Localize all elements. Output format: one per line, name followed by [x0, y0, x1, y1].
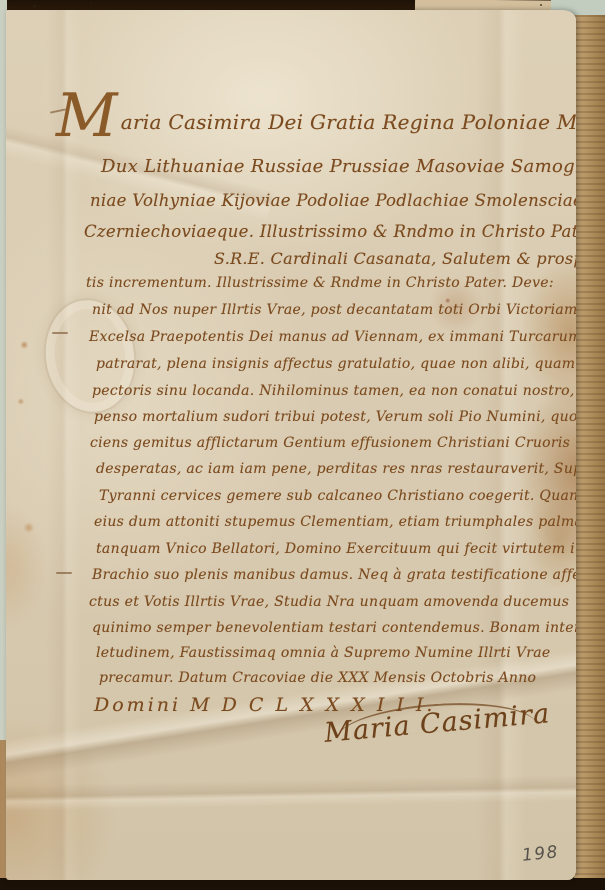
letter-line: Tyranni cervices gemere sub calcaneo Chr… — [99, 488, 576, 504]
letter-line: Czerniechoviaeque. Illustrissimo & Rndmo… — [84, 222, 576, 241]
margin-mark — [52, 332, 68, 334]
letter-line: patrarat, plena insignis affectus gratul… — [96, 356, 576, 372]
ornate-initial-M: M — [56, 94, 118, 138]
letter-line: precamur. Datum Cracoviae die XXX Mensis… — [99, 670, 536, 686]
letter-line: Excelsa Praepotentis Dei manus ad Vienna… — [89, 329, 576, 345]
letter-line: ciens gemitus afflictarum Gentium effusi… — [90, 435, 576, 451]
letter-line: tanquam Vnico Bellatori, Domino Exercitu… — [96, 541, 576, 557]
letter-line-text: aria Casimira Dei Gratia Regina Poloniae… — [121, 110, 576, 134]
manuscript-page: M aria Casimira Dei Gratia Regina Poloni… — [6, 10, 576, 880]
letter-line: niae Volhyniae Kijoviae Podoliae Podlach… — [90, 191, 576, 210]
letter-line: penso mortalium sudori tribui potest, Ve… — [94, 409, 576, 425]
dust-speck — [90, 2, 92, 4]
page-stack-edge-right — [574, 15, 605, 881]
fold-crease — [6, 767, 576, 817]
letter-line: ctus et Votis Illrtis Vrae, Studia Nra u… — [89, 594, 569, 610]
letter-line: quinimo semper benevolentiam testari con… — [92, 620, 576, 636]
letter-line: letudinem, Faustissimaq omnia à Supremo … — [96, 645, 550, 661]
letter-line: Brachio suo plenis manibus damus. Neq à … — [92, 567, 576, 583]
page-number-pencil: 198 — [521, 842, 560, 866]
letter-line: pectoris sinu locanda. Nihilominus tamen… — [92, 383, 576, 399]
letter-line: M aria Casimira Dei Gratia Regina Poloni… — [56, 94, 576, 138]
letter-line: S.R.E. Cardinali Casanata, Salutem & pro… — [214, 249, 576, 268]
letter-line: nit ad Nos nuper Illrtis Vrae, post deca… — [92, 302, 576, 318]
letter-line: tis incrementum. Illustrissime & Rndme i… — [86, 275, 554, 291]
dust-speck — [540, 4, 542, 6]
dust-speck — [33, 5, 36, 8]
letter-line: desperatas, ac iam iam pene, perditas re… — [96, 461, 576, 477]
letter-line: eius dum attoniti stupemus Clementiam, e… — [94, 514, 576, 530]
margin-mark — [56, 572, 72, 574]
letter-line: Dux Lithuaniae Russiae Prussiae Masoviae… — [101, 156, 576, 177]
